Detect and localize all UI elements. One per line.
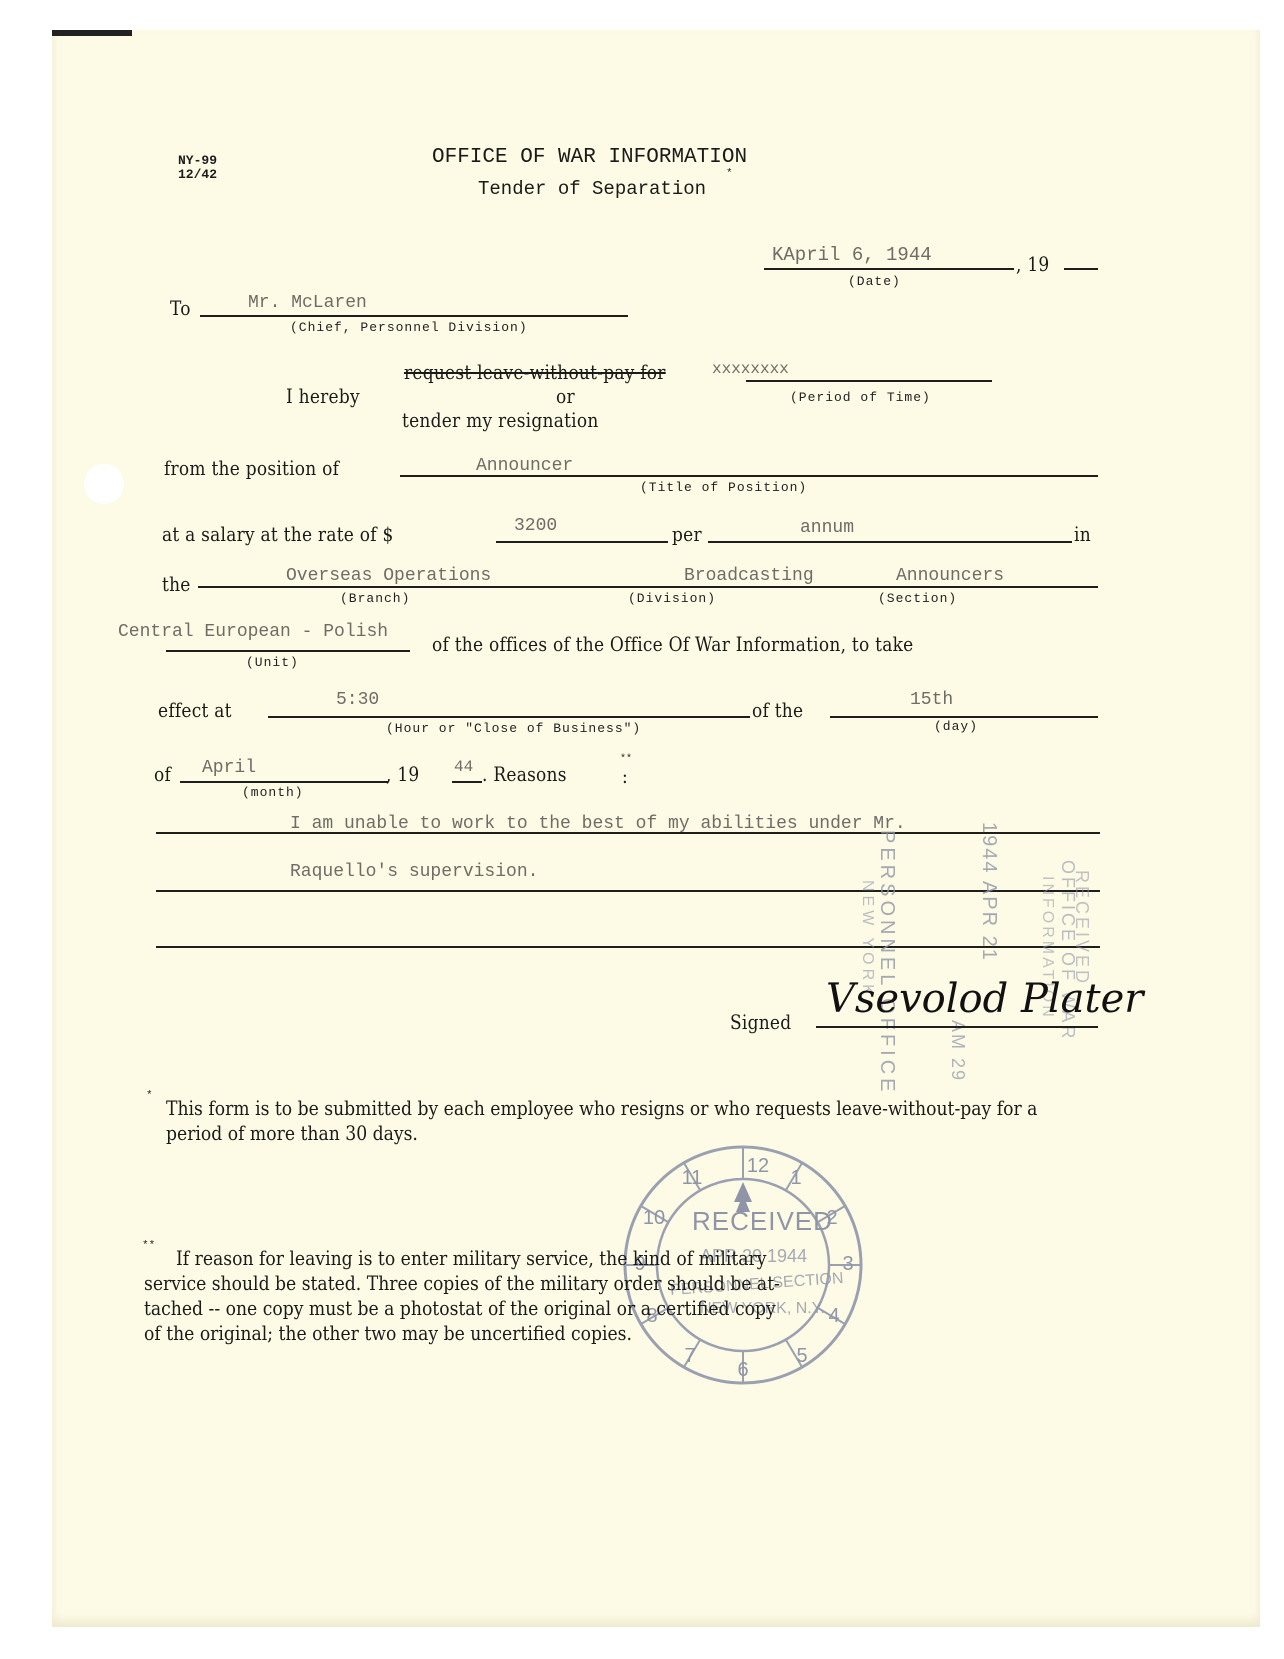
division-caption: (Division)	[628, 591, 716, 606]
svg-text:4: 4	[828, 1305, 839, 1327]
to-caption: (Chief, Personnel Division)	[290, 320, 528, 335]
branch-caption: (Branch)	[340, 591, 410, 606]
division-value[interactable]: Broadcasting	[684, 566, 814, 586]
footnote-2-line-4: of the original; the other two may be un…	[144, 1321, 632, 1346]
reason-line-1[interactable]: I am unable to work to the best of my ab…	[290, 814, 906, 834]
to-value[interactable]: Mr. McLaren	[248, 293, 367, 313]
hereby-label: I hereby	[286, 384, 360, 408]
the-label: the	[162, 572, 191, 596]
title-asterisk: *	[726, 168, 733, 180]
footnote2-marker: **	[142, 1240, 155, 1252]
date-label: (Date)	[848, 274, 901, 289]
svg-text:11: 11	[682, 1167, 703, 1189]
to-line	[200, 315, 628, 317]
section-value[interactable]: Announcers	[896, 566, 1004, 586]
position-line	[400, 475, 1098, 477]
month-line	[180, 781, 388, 783]
request-leave-option: request leave-without-pay for	[404, 360, 666, 384]
punch-hole	[84, 464, 124, 504]
salary-line	[496, 541, 668, 543]
form-title: Tender of Separation	[478, 178, 706, 200]
period-caption: (Period of Time)	[790, 390, 931, 405]
form-revision-date: 12/42	[178, 168, 217, 182]
effect-hour-value[interactable]: 5:30	[336, 690, 379, 710]
effect-hour-line	[268, 716, 750, 718]
position-caption: (Title of Position)	[640, 480, 807, 495]
date-line	[764, 268, 1014, 270]
date-stamp: 1944 APR 21	[977, 822, 1000, 962]
received-stamp-title: RECEIVED	[692, 1206, 833, 1237]
org-line	[198, 586, 1098, 588]
svg-text:6: 6	[737, 1359, 748, 1381]
date-century: , 19	[1016, 252, 1049, 276]
resignation-option: tender my resignation	[402, 408, 599, 432]
effect-day-caption: (day)	[934, 719, 978, 734]
per-label: per	[672, 522, 702, 546]
svg-text:5: 5	[796, 1345, 807, 1367]
footnote-1: This form is to be submitted by each emp…	[166, 1096, 1043, 1146]
to-label: To	[170, 296, 191, 320]
reason-rule-3	[156, 946, 1100, 948]
period-line	[746, 380, 992, 382]
svg-text:1: 1	[790, 1167, 801, 1189]
reasons-colon: :	[622, 764, 628, 788]
section-caption: (Section)	[878, 591, 957, 606]
svg-text:10: 10	[643, 1207, 665, 1229]
unit-caption: (Unit)	[246, 655, 299, 670]
signature-line	[816, 1026, 1098, 1028]
footnote-2-line-1: If reason for leaving is to enter milita…	[176, 1246, 766, 1271]
of-label: of	[154, 762, 171, 786]
effect-day-value[interactable]: 15th	[910, 690, 953, 710]
form-number: NY-99 12/42	[178, 154, 217, 182]
unit-line	[166, 650, 410, 652]
branch-value[interactable]: Overseas Operations	[286, 566, 491, 586]
reason-line-2[interactable]: Raquello's supervision.	[290, 862, 538, 882]
agency-title: OFFICE OF WAR INFORMATION	[432, 146, 747, 169]
signature-value: Vsevolod Plater	[826, 976, 1143, 1022]
svg-text:12: 12	[747, 1155, 769, 1177]
date-stamp-time: AM 29	[947, 1020, 968, 1082]
date-value[interactable]: KApril 6, 1944	[772, 244, 932, 266]
personnel-office-stamp: PERSONNEL OFFICE	[875, 830, 898, 1096]
date-year-line	[1064, 268, 1098, 270]
position-value[interactable]: Announcer	[476, 456, 573, 476]
unit-suffix: of the offices of the Office Of War Info…	[432, 632, 913, 656]
footnote-2-line-3: tached -- one copy must be a photostat o…	[144, 1296, 776, 1321]
or-label: or	[556, 384, 575, 408]
unit-value[interactable]: Central European - Polish	[118, 622, 388, 642]
effect-day-line	[830, 716, 1098, 718]
effect-hour-caption: (Hour or "Close of Business")	[386, 721, 641, 736]
per-line	[708, 541, 1072, 543]
svg-text:7: 7	[684, 1345, 695, 1367]
in-label: in	[1074, 522, 1091, 546]
salary-amount[interactable]: 3200	[514, 516, 557, 536]
footnote-1-text: This form is to be submitted by each emp…	[166, 1096, 1037, 1145]
reasons-label: . Reasons	[482, 762, 567, 786]
footnote1-marker: *	[146, 1090, 153, 1102]
signed-label: Signed	[730, 1010, 791, 1034]
year-line	[452, 781, 482, 783]
svg-text:3: 3	[842, 1253, 853, 1275]
form-number-code: NY-99	[178, 154, 217, 168]
scan-edge	[52, 30, 132, 36]
month-value[interactable]: April	[202, 758, 256, 778]
year-prefix: , 19	[386, 762, 419, 786]
year-value[interactable]: 44	[454, 758, 473, 776]
of-the-label: of the	[752, 698, 803, 722]
position-label: from the position of	[164, 456, 339, 480]
request-overstrike: xxxxxxxx	[712, 360, 789, 378]
salary-label: at a salary at the rate of $	[162, 522, 394, 546]
effect-label: effect at	[158, 698, 232, 722]
month-caption: (month)	[242, 785, 304, 800]
footnote-2-line-2: service should be stated. Three copies o…	[144, 1271, 780, 1296]
per-value[interactable]: annum	[800, 518, 854, 538]
reason-rule-1	[156, 832, 1100, 834]
reason-rule-2	[156, 890, 1100, 892]
